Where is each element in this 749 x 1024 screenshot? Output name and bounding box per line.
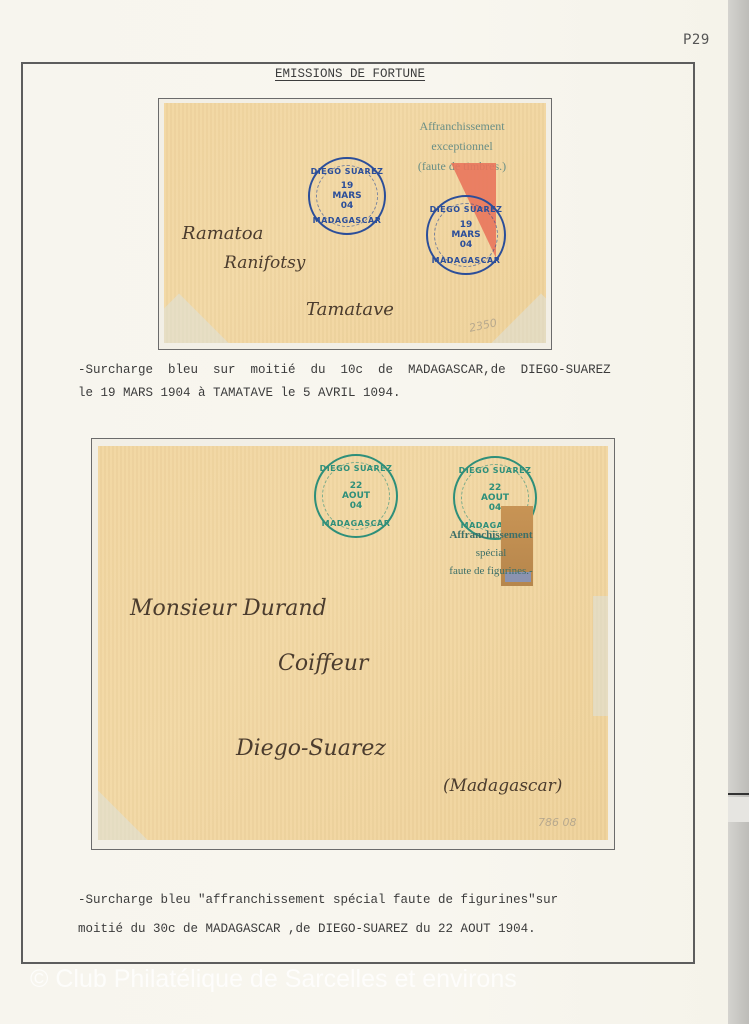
overprint-line: exceptionnel [392, 137, 532, 157]
postmark-bottom-text: MADAGASCAR [322, 520, 391, 528]
section-title: EMISSIONS DE FORTUNE [275, 67, 425, 81]
address-line: Ranifotsy [224, 253, 305, 273]
address-line: (Madagascar) [443, 776, 562, 796]
cover-2-caption-line-2: moitié du 30c de MADAGASCAR ,de DIEGO-SU… [78, 922, 536, 936]
pencil-note: 2350 [468, 316, 498, 335]
overprint-line: Affranchissement [416, 526, 566, 544]
overprint-line: faute de figurines.- [416, 562, 566, 580]
postmark-top-text: DIEGO SUAREZ [430, 206, 503, 214]
photo-corner [593, 596, 608, 716]
cover-1-postmark-right: DIEGO SUAREZ 19 MARS 04 MADAGASCAR [426, 195, 506, 275]
address-line: Coiffeur [278, 651, 368, 676]
overprint-line: Affranchissement [392, 117, 532, 137]
cover-2-postmark-left: DIEGO SUAREZ 22 AOUT 04 MADAGASCAR [314, 454, 398, 538]
cover-1-postmark-left: DIEGO SUAREZ 19 MARS 04 MADAGASCAR [308, 157, 386, 235]
overprint-line: spécial [416, 544, 566, 562]
cover-2-mount: DIEGO SUAREZ 22 AOUT 04 MADAGASCAR DIEGO… [91, 438, 615, 850]
pencil-note: 786 08 [538, 816, 577, 829]
cover-2-caption-line-1: -Surcharge bleu "affranchissement spécia… [78, 893, 558, 907]
album-page: P29 EMISSIONS DE FORTUNE Affranchissemen… [0, 0, 728, 1024]
postmark-top-text: DIEGO SUAREZ [459, 467, 532, 475]
cover-1-caption-line-2: le 19 MARS 1904 à TAMATAVE le 5 AVRIL 10… [78, 386, 401, 400]
photo-corner [98, 791, 147, 840]
postmark-top-text: DIEGO SUAREZ [320, 465, 393, 473]
address-line: Diego-Suarez [236, 736, 386, 761]
postmark-top-text: DIEGO SUAREZ [311, 168, 384, 176]
cover-1-mount: Affranchissement exceptionnel (faute de … [158, 98, 552, 350]
postmark-bottom-text: MADAGASCAR [313, 217, 382, 225]
address-line: Tamatave [306, 299, 394, 320]
address-line: Ramatoa [182, 223, 263, 244]
scan-edge [728, 0, 749, 1024]
cover-2-overprint: Affranchissement spécial faute de figuri… [416, 526, 566, 580]
photo-corner [164, 294, 228, 343]
page-number: P29 [683, 32, 710, 48]
cover-1-caption-line-1: -Surcharge bleu sur moitié du 10c de MAD… [78, 363, 611, 377]
cover-2-envelope: DIEGO SUAREZ 22 AOUT 04 MADAGASCAR DIEGO… [98, 446, 608, 840]
address-line: Monsieur Durand [130, 596, 327, 621]
cover-1-envelope: Affranchissement exceptionnel (faute de … [164, 103, 546, 343]
copyright-watermark: © Club Philatélique de Sarcelles et envi… [30, 965, 517, 994]
photo-corner [492, 294, 546, 343]
postmark-bottom-text: MADAGASCAR [432, 257, 501, 265]
